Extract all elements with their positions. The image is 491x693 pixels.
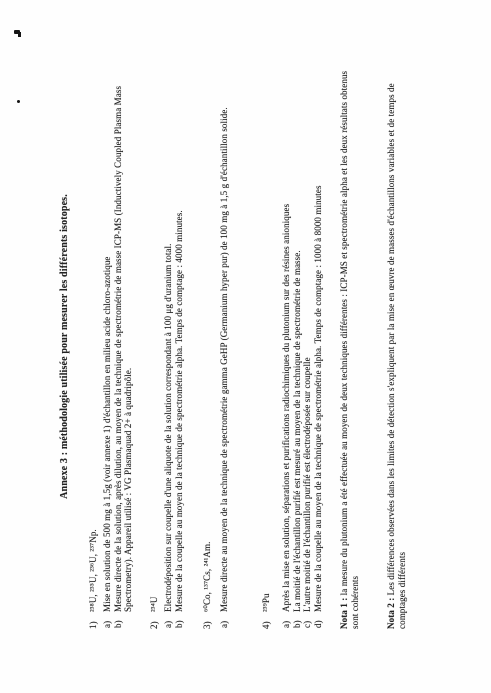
note-2: Nota 2 : Les différences observées dans … (386, 64, 407, 629)
item-text: Mise en solution de 500 mg à 1,5g (voir … (102, 256, 112, 612)
item-marker: a) (281, 621, 292, 628)
item-text: Mesure directe au moyen de la technique … (219, 107, 229, 612)
note-1: Nota 1 : la mesure du plutonium a été ef… (339, 64, 360, 629)
item-text: L'autre moitié de l'échantillon purifié … (302, 357, 312, 612)
item-marker: a) (102, 621, 113, 628)
scanned-page: Annexe 3 : méthodologie utilisée pour me… (0, 0, 491, 693)
item-marker: a) (219, 621, 230, 628)
item-text: La moitié de l'échantillon purifié est m… (292, 250, 302, 612)
note-text: Les différences observées dans les limit… (386, 83, 407, 629)
isotope-list: ²³⁹Pu (261, 64, 272, 612)
section-number: 2) (149, 612, 160, 629)
note-label: Nota 2 : (386, 598, 396, 629)
item-text: Electrodéposition sur coupelle d'une ali… (163, 244, 173, 612)
list-item: a) Electrodéposition sur coupelle d'une … (163, 64, 174, 629)
list-item: d) Mesure de la coupelle au moyen de la … (313, 64, 324, 629)
list-item: b) La moitié de l'échantillon purifié es… (292, 64, 303, 629)
item-text: Mesure de la coupelle au moyen de la tec… (174, 210, 184, 612)
note-text: la mesure du plutonium a été effectuée a… (339, 71, 360, 629)
list-item: a) Mise en solution de 500 mg à 1,5g (vo… (102, 64, 113, 629)
list-item: c) L'autre moitié de l'échantillon purif… (302, 64, 313, 629)
item-marker: b) (113, 620, 124, 628)
list-item: b) Mesure de la coupelle au moyen de la … (174, 64, 185, 629)
scan-artifact-mark (14, 30, 20, 34)
item-marker: b) (292, 620, 303, 628)
list-item: a) Après la mise en solution, séparation… (281, 64, 292, 629)
section-number: 1) (88, 612, 99, 629)
section-1-items: a) Mise en solution de 500 mg à 1,5g (vo… (102, 64, 134, 629)
scan-artifact-dot (17, 100, 20, 103)
isotope-list: ⁶⁰Co, ¹³⁷Cs, ²⁴¹Am. (202, 64, 213, 612)
section-3-items: a) Mesure directe au moyen de la techniq… (219, 64, 230, 629)
item-marker: d) (313, 620, 324, 628)
section-number: 3) (202, 612, 213, 629)
list-item: a) Mesure directe au moyen de la techniq… (219, 64, 230, 629)
item-marker: b) (174, 620, 185, 628)
section-1-header: 1) ²³⁸U, ²³⁵U, ²³⁶U, ²³⁷Np. (88, 64, 99, 629)
section-2-items: a) Electrodéposition sur coupelle d'une … (163, 64, 184, 629)
section-4-items: a) Après la mise en solution, séparation… (281, 64, 323, 629)
isotope-list: ²³⁴U (149, 64, 160, 612)
section-4-header: 4) ²³⁹Pu (261, 64, 272, 629)
section-2-header: 2) ²³⁴U (149, 64, 160, 629)
page-title: Annexe 3 : méthodologie utilisée pour me… (60, 64, 71, 629)
note-label: Nota 1 : (339, 598, 349, 629)
list-item: b) Mesure directe de la solution, après … (113, 64, 134, 629)
section-3-header: 3) ⁶⁰Co, ¹³⁷Cs, ²⁴¹Am. (202, 64, 213, 629)
item-text: Après la mise en solution, séparations e… (281, 204, 291, 612)
item-text: Mesure directe de la solution, après dil… (113, 86, 134, 612)
item-text: Mesure de la coupelle au moyen de la tec… (313, 185, 323, 612)
item-marker: a) (163, 621, 174, 628)
section-number: 4) (261, 612, 272, 629)
item-marker: c) (302, 621, 313, 628)
rotated-document: Annexe 3 : méthodologie utilisée pour me… (57, 64, 429, 629)
isotope-list: ²³⁸U, ²³⁵U, ²³⁶U, ²³⁷Np. (88, 64, 99, 612)
